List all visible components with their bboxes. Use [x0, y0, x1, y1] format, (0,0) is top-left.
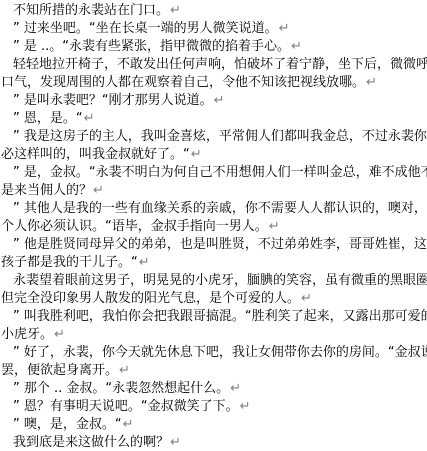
line-text: 但完全没印象男人散发的阳光气息，是个可爱的人。 — [1, 291, 300, 306]
line-text: 孩子都是我的干儿子。“ — [1, 255, 138, 270]
line-text: ” 那个 .. 金叔。“永裴忽然想起什么。 — [13, 381, 229, 396]
text-line: ” 叫我胜利吧，我怕你会把我跟哥搞混。“胜利笑了起来，又露出那可爱的 — [1, 308, 427, 326]
paragraph-return-icon: ↵ — [214, 93, 225, 108]
line-text: 口气，发现周围的人都在观察着自己，令他不知该把视线放哪。 — [1, 75, 365, 90]
text-line: 口气，发现周围的人都在观察着自己，令他不知该把视线放哪。↵ — [1, 74, 427, 92]
line-text: ” 叫我胜利吧，我怕你会把我跟哥搞混。“胜利笑了起来，又露出那可爱的 — [13, 309, 427, 324]
document-page: 不知所措的永裴站在门口。↵” 过来坐吧。“坐在长桌一端的男人微笑说道。↵” 是 … — [0, 0, 427, 451]
text-line: 小虎牙。↵ — [1, 326, 427, 344]
text-line: ” 好了，永裴，你今天就先休息下吧，我让女佣带你去你的房间。“金叔说 — [1, 344, 427, 362]
paragraph-return-icon: ↵ — [119, 363, 130, 378]
text-line: 罢，便欲起身离开。↵ — [1, 362, 427, 380]
paragraph-return-icon: ↵ — [279, 21, 290, 36]
paragraph-return-icon: ↵ — [123, 417, 134, 432]
text-line: ” 过来坐吧。“坐在长桌一端的男人微笑说道。↵ — [1, 20, 427, 38]
line-text: ” 是 ..。“永裴有些紧张，指甲微微的掐着手心。 — [13, 39, 290, 54]
paragraph-return-icon: ↵ — [366, 75, 377, 90]
paragraph-return-icon: ↵ — [191, 147, 202, 162]
text-line: 但完全没印象男人散发的阳光气息，是个可爱的人。↵ — [1, 290, 427, 308]
paragraph-return-icon: ↵ — [230, 381, 241, 396]
line-text: ” 他是胜贤同母异父的弟弟，也是叫胜贤，不过弟弟姓李，哥哥姓崔，这两 — [13, 237, 427, 252]
text-line: ” 是 ..。“永裴有些紧张，指甲微微的掐着手心。↵ — [1, 38, 427, 56]
line-text: ” 噢，是，金叔。“ — [13, 417, 122, 432]
paragraph-return-icon: ↵ — [139, 255, 150, 270]
text-line: ” 其他人是我的一些有血缘关系的亲戚，你不需要人人都认识的，噢对，这 — [1, 200, 427, 218]
text-line: ” 是叫永裴吧？“刚才那男人说道。↵ — [1, 92, 427, 110]
paragraph-return-icon: ↵ — [93, 183, 104, 198]
text-line: 永裴望着眼前这男子，明晃晃的小虎牙，腼腆的笑容，虽有微重的黑眼圈， — [1, 272, 427, 290]
line-text: 罢，便欲起身离开。 — [1, 363, 118, 378]
paragraph-return-icon: ↵ — [301, 291, 312, 306]
line-text: 是来当佣人的？ — [1, 183, 92, 198]
text-line: 轻轻地拉开椅子，不敢发出任何声响，怕破坏了着宁静，坐下后，微微呼了 — [1, 56, 427, 74]
text-line: 不知所措的永裴站在门口。↵ — [1, 2, 427, 20]
paragraph-return-icon: ↵ — [54, 327, 65, 342]
line-text: ” 是，金叔。“永裴不明白为何自己不用想佣人们一样叫金总，难不成他不 — [13, 165, 427, 180]
text-line: 孩子都是我的干儿子。“↵ — [1, 254, 427, 272]
text-line: 必这样叫的，叫我金叔就好了。“↵ — [1, 146, 427, 164]
line-text: ” 好了，永裴，你今天就先休息下吧，我让女佣带你去你的房间。“金叔说 — [13, 345, 427, 360]
line-text: ” 恩？有事明天说吧。“金叔微笑了下。 — [13, 399, 239, 414]
paragraph-return-icon: ↵ — [170, 435, 181, 450]
line-text: 永裴望着眼前这男子，明晃晃的小虎牙，腼腆的笑容，虽有微重的黑眼圈， — [13, 273, 427, 288]
line-text: 我到底是来这做什么的啊？ — [13, 435, 169, 450]
line-text: ” 是叫永裴吧？“刚才那男人说道。 — [13, 93, 213, 108]
line-text: ” 其他人是我的一些有血缘关系的亲戚，你不需要人人都认识的，噢对，这 — [13, 201, 427, 216]
text-line: ” 我是这房子的主人，我叫金喜炫，平常佣人们都叫我金总，不过永裴你不 — [1, 128, 427, 146]
paragraph-return-icon: ↵ — [170, 3, 181, 18]
line-text: 不知所措的永裴站在门口。 — [13, 3, 169, 18]
text-line: ” 他是胜贤同母异父的弟弟，也是叫胜贤，不过弟弟姓李，哥哥姓崔，这两 — [1, 236, 427, 254]
text-line: 是来当佣人的？↵ — [1, 182, 427, 200]
text-line: ” 恩，是。“↵ — [1, 110, 427, 128]
paragraph-return-icon: ↵ — [291, 39, 302, 54]
text-line: 我到底是来这做什么的啊？↵ — [1, 434, 427, 451]
paragraph-return-icon: ↵ — [240, 399, 251, 414]
text-line: 个人你必须认识。“语毕，金叔手指向一男人。↵ — [1, 218, 427, 236]
line-text: 小虎牙。 — [1, 327, 53, 342]
line-text: 必这样叫的，叫我金叔就好了。“ — [1, 147, 190, 162]
text-line: ” 恩？有事明天说吧。“金叔微笑了下。↵ — [1, 398, 427, 416]
text-line: ” 那个 .. 金叔。“永裴忽然想起什么。↵ — [1, 380, 427, 398]
text-line: ” 噢，是，金叔。“↵ — [1, 416, 427, 434]
line-text: 个人你必须认识。“语毕，金叔手指向一男人。 — [1, 219, 268, 234]
line-text: ” 我是这房子的主人，我叫金喜炫，平常佣人们都叫我金总，不过永裴你不 — [13, 129, 427, 144]
text-line: ” 是，金叔。“永裴不明白为何自己不用想佣人们一样叫金总，难不成他不 — [1, 164, 427, 182]
line-text: ” 过来坐吧。“坐在长桌一端的男人微笑说道。 — [13, 21, 278, 36]
paragraph-return-icon: ↵ — [84, 111, 95, 126]
line-text: ” 恩，是。“ — [13, 111, 83, 126]
line-text: 轻轻地拉开椅子，不敢发出任何声响，怕破坏了着宁静，坐下后，微微呼了 — [13, 57, 427, 72]
paragraph-return-icon: ↵ — [269, 219, 280, 234]
